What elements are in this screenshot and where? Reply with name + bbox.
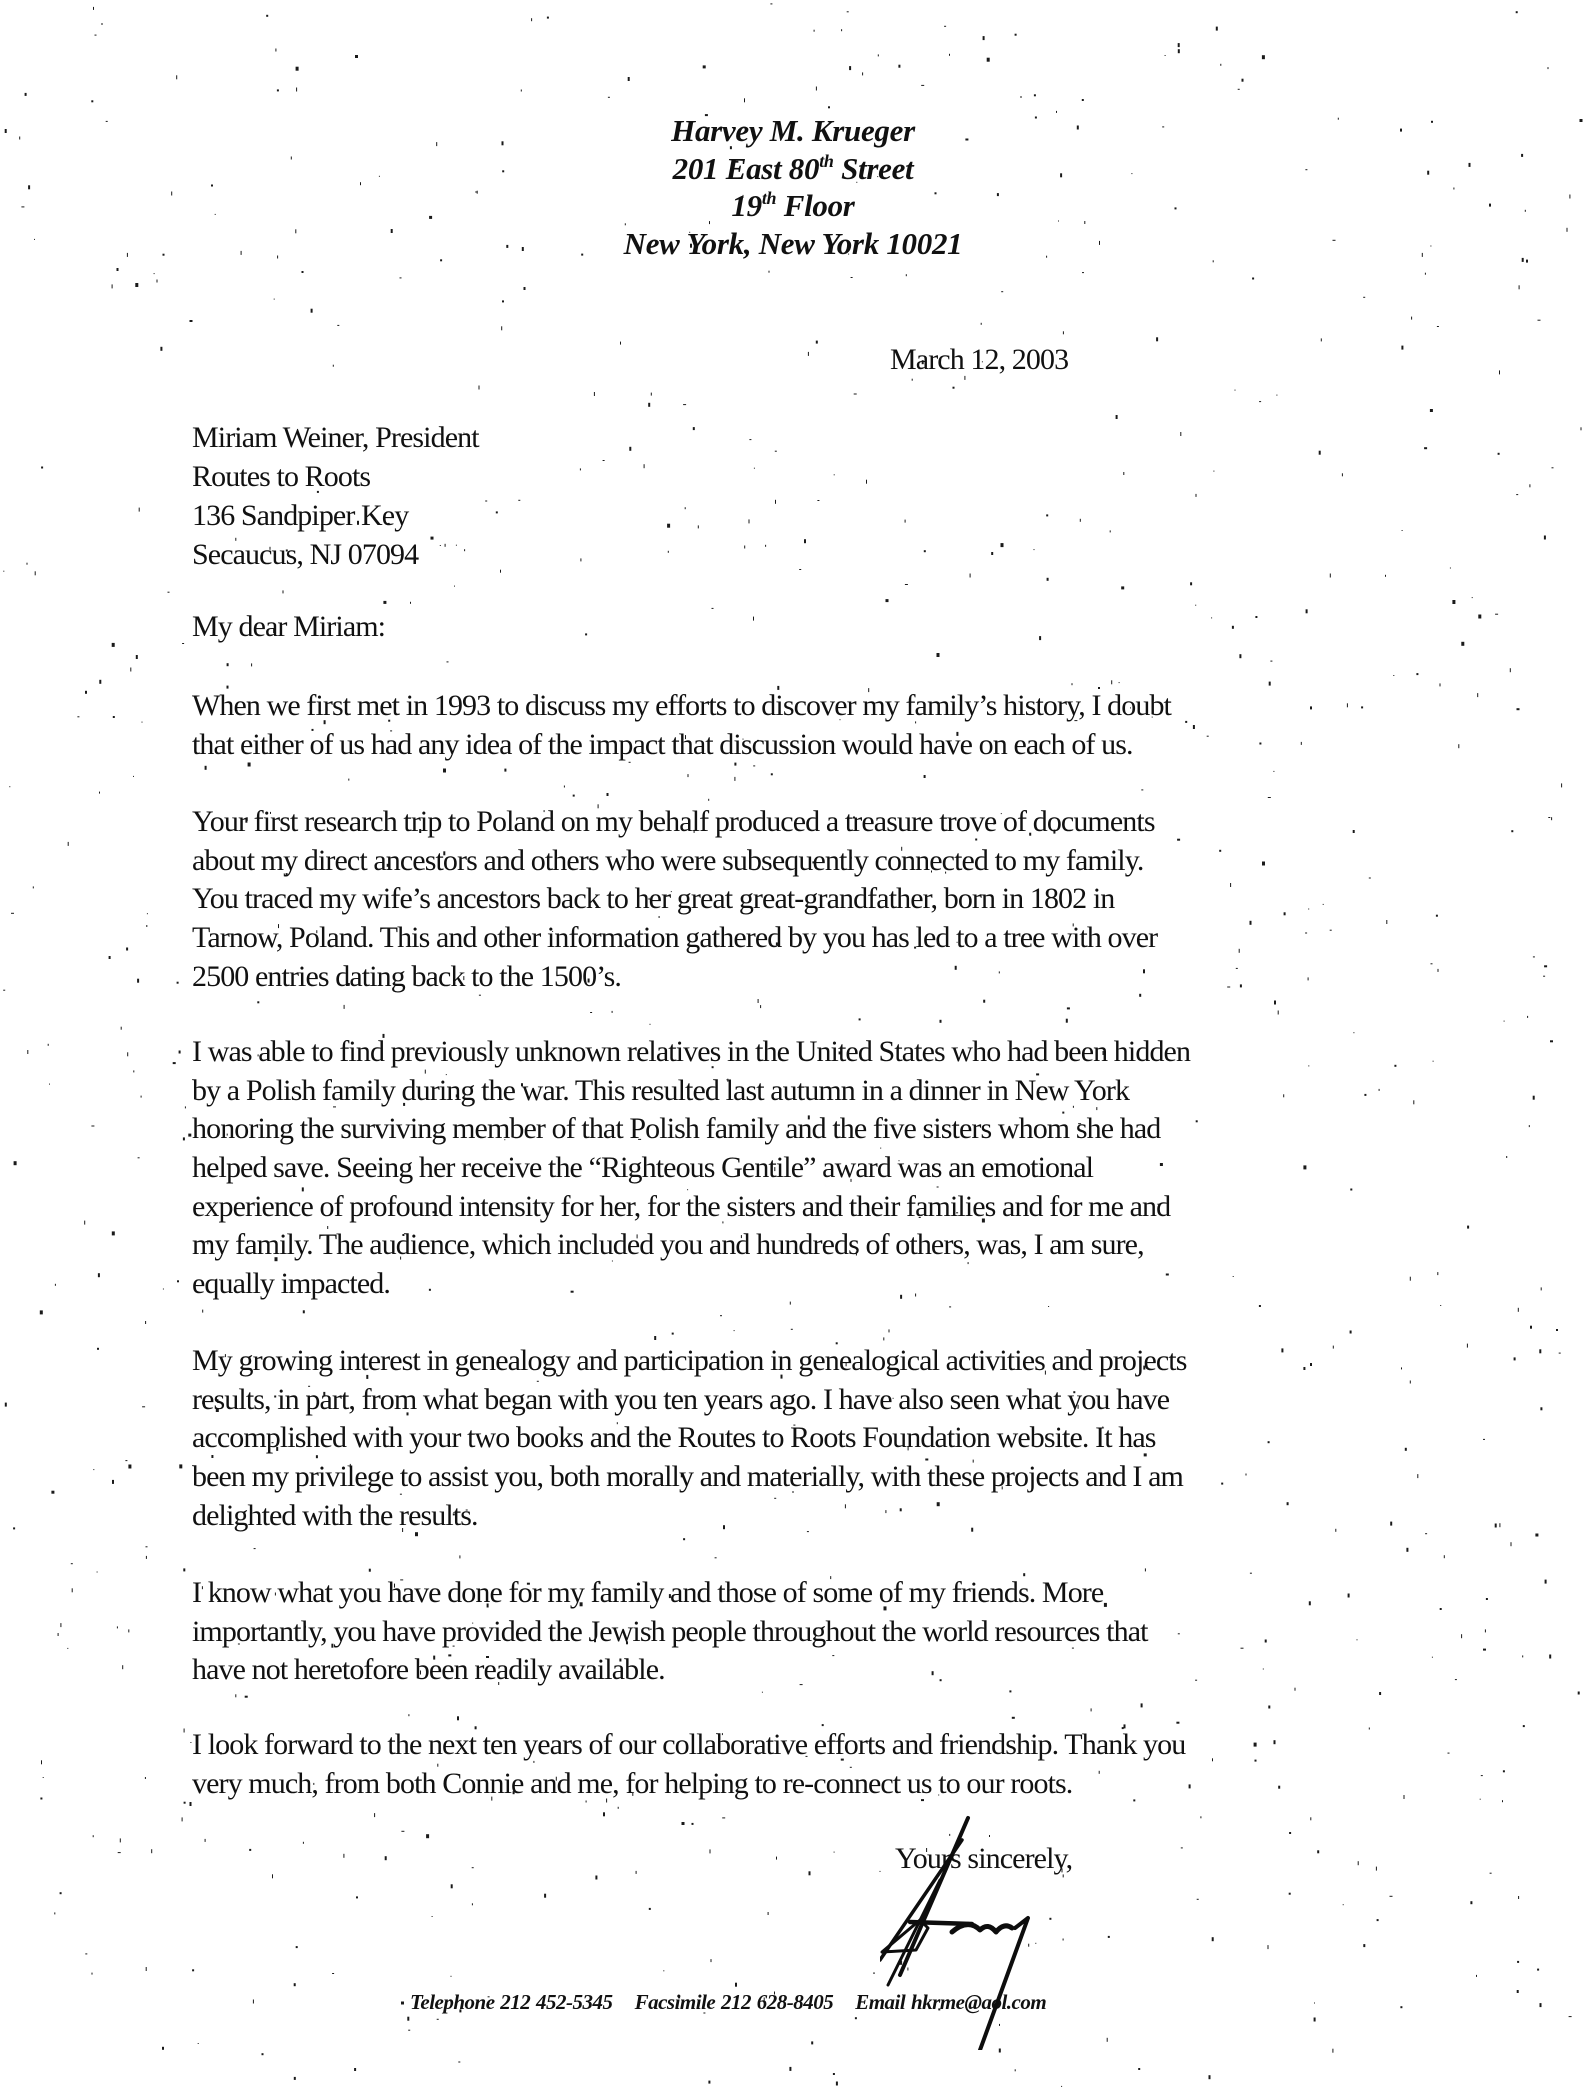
- body-line: experience of profound intensity for her…: [192, 1188, 1190, 1227]
- body-line: have not heretofore been readily availab…: [192, 1651, 1148, 1690]
- body-line: I look forward to the next ten years of …: [192, 1726, 1185, 1765]
- body-line: that either of us had any idea of the im…: [192, 726, 1171, 765]
- body-line: about my direct ancestors and others who…: [192, 842, 1157, 881]
- body-line: Your first research trip to Poland on my…: [192, 803, 1157, 842]
- letterhead-floor: 19th Floor: [0, 187, 1586, 225]
- body-line: My growing interest in genealogy and par…: [192, 1342, 1187, 1381]
- closing: Yours sincerely,: [895, 1842, 1072, 1876]
- body-line: results, in part, from what began with y…: [192, 1381, 1187, 1420]
- footer-email: Email hkrme@aol.com: [855, 1990, 1046, 2014]
- body-paragraph: My growing interest in genealogy and par…: [192, 1342, 1187, 1535]
- street-number: 201 East 80: [673, 151, 820, 186]
- body-line: Tarnow, Poland. This and other informati…: [192, 919, 1157, 958]
- recipient-line: Routes to Roots: [192, 457, 479, 496]
- body-line: importantly, you have provided the Jewis…: [192, 1613, 1148, 1652]
- letterhead-city: New York, New York 10021: [0, 225, 1586, 263]
- letter-page: Harvey M. Krueger 201 East 80th Street 1…: [0, 0, 1586, 2087]
- body-paragraph: When we first met in 1993 to discuss my …: [192, 687, 1171, 764]
- recipient-line: Miriam Weiner, President: [192, 418, 479, 457]
- body-line: my family. The audience, which included …: [192, 1226, 1190, 1265]
- letterhead-street: 201 East 80th Street: [0, 150, 1586, 188]
- body-line: by a Polish family during the war. This …: [192, 1072, 1190, 1111]
- letterhead: Harvey M. Krueger 201 East 80th Street 1…: [0, 112, 1586, 262]
- body-line: You traced my wife’s ancestors back to h…: [192, 880, 1157, 919]
- body-paragraph: I know what you have done for my family …: [192, 1574, 1148, 1690]
- body-line: helped save. Seeing her receive the “Rig…: [192, 1149, 1190, 1188]
- floor-ordinal: th: [762, 188, 776, 208]
- body-line: 2500 entries dating back to the 1500’s.: [192, 958, 1157, 997]
- street-ordinal: th: [819, 151, 833, 171]
- floor-label: Floor: [776, 188, 854, 223]
- contact-footer: Telephone 212 452-5345Facsimile 212 628-…: [410, 1990, 1046, 2015]
- salutation: My dear Miriam:: [192, 610, 385, 644]
- body-line: been my privilege to assist you, both mo…: [192, 1458, 1187, 1497]
- street-name: Street: [834, 151, 914, 186]
- body-line: I know what you have done for my family …: [192, 1574, 1148, 1613]
- letterhead-name: Harvey M. Krueger: [0, 112, 1586, 150]
- body-paragraph: I was able to find previously unknown re…: [192, 1033, 1190, 1304]
- body-line: When we first met in 1993 to discuss my …: [192, 687, 1171, 726]
- letter-date: March 12, 2003: [890, 343, 1068, 377]
- footer-telephone: Telephone 212 452-5345: [410, 1990, 613, 2014]
- recipient-line: Secaucus, NJ 07094: [192, 535, 479, 574]
- body-paragraph: I look forward to the next ten years of …: [192, 1726, 1185, 1803]
- body-line: honoring the surviving member of that Po…: [192, 1110, 1190, 1149]
- body-line: equally impacted.: [192, 1265, 1190, 1304]
- body-line: very much, from both Connie and me, for …: [192, 1765, 1185, 1804]
- recipient-line: 136 Sandpiper Key: [192, 496, 479, 535]
- floor-number: 19: [731, 188, 761, 223]
- recipient-address: Miriam Weiner, President Routes to Roots…: [192, 418, 479, 574]
- footer-facsimile: Facsimile 212 628-8405: [635, 1990, 834, 2014]
- body-line: delighted with the results.: [192, 1497, 1187, 1536]
- body-line: accomplished with your two books and the…: [192, 1419, 1187, 1458]
- body-line: I was able to find previously unknown re…: [192, 1033, 1190, 1072]
- body-paragraph: Your first research trip to Poland on my…: [192, 803, 1157, 996]
